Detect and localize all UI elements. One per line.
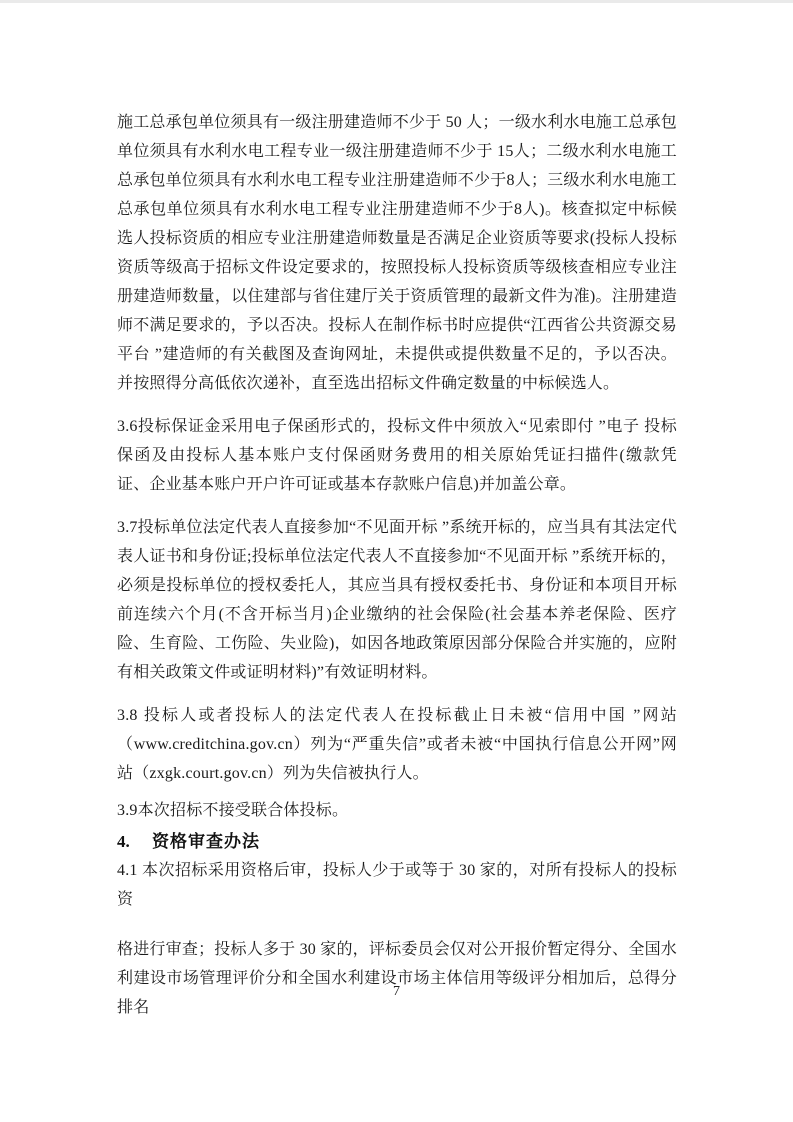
- paragraph-3-9: 3.9本次招标不接受联合体投标。: [117, 796, 677, 825]
- section-title: 资格审查办法: [152, 832, 260, 851]
- page-number: 7: [393, 984, 400, 999]
- paragraph-3-7: 3.7投标单位法定代表人直接参加“不见面开标 ”系统开标的，应当具有其法定代表人…: [117, 513, 677, 687]
- page-content: 施工总承包单位须具有一级注册建造师不少于 50 人；一级水利水电施工总承包单位须…: [117, 108, 677, 1036]
- page-footer: 7: [0, 982, 793, 1002]
- paragraph-3-6: 3.6投标保证金采用电子保函形式的，投标文件中须放入“见索即付 ”电子 投标保函…: [117, 412, 677, 499]
- paragraph-3-8: 3.8 投标人或者投标人的法定代表人在投标截止日未被“信用中国 ”网站（www.…: [117, 701, 677, 788]
- paragraph-4-1-rest: 格进行审查；投标人多于 30 家的，评标委员会仅对公开报价暂定得分、全国水利建设…: [117, 935, 677, 1022]
- paragraph-3-5-continuation: 施工总承包单位须具有一级注册建造师不少于 50 人；一级水利水电施工总承包单位须…: [117, 108, 677, 398]
- section-heading-qualification-review: 4.资格审查办法: [117, 827, 677, 856]
- section-number: 4.: [117, 827, 152, 856]
- document-page: 施工总承包单位须具有一级注册建造师不少于 50 人；一级水利水电施工总承包单位须…: [0, 0, 793, 1122]
- page-top-edge: [0, 0, 793, 3]
- paragraph-4-1-line1: 4.1 本次招标采用资格后审，投标人少于或等于 30 家的，对所有投标人的投标资: [117, 856, 677, 914]
